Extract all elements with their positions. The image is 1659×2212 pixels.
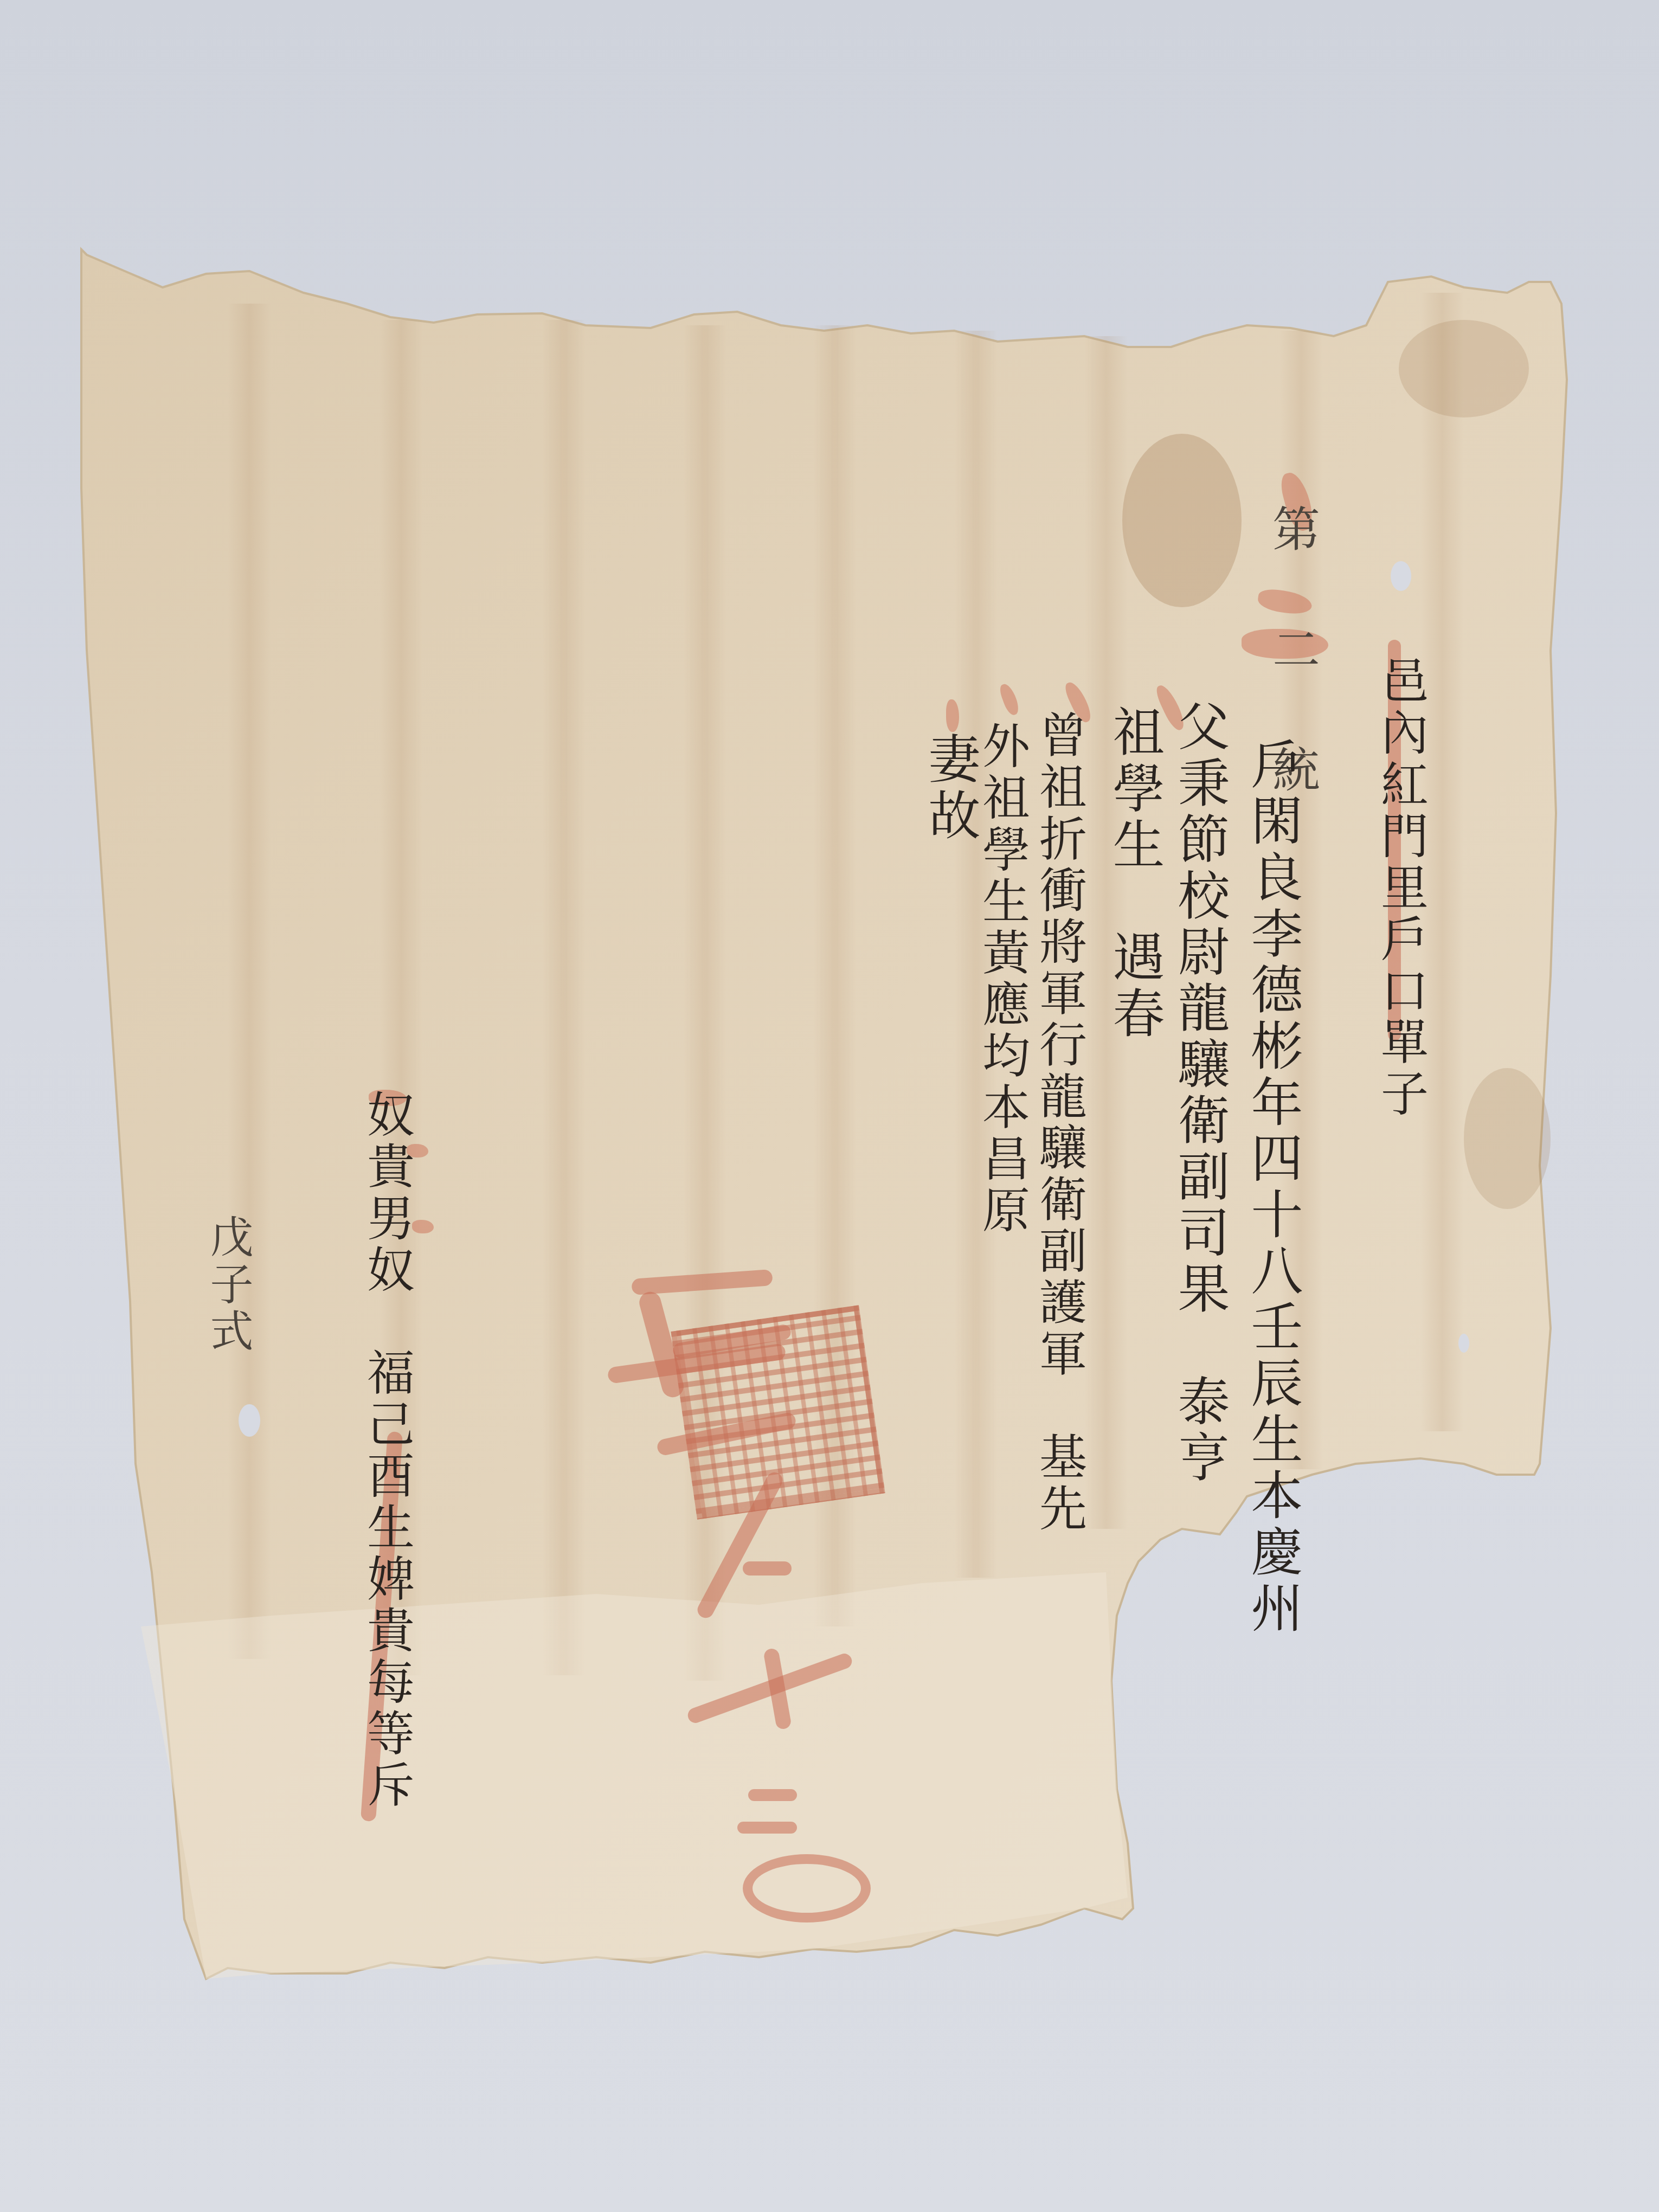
paper-hole	[1458, 1334, 1469, 1353]
doc-head-column: 戶閑良李德彬年四十八壬辰生本慶州	[1247, 737, 1299, 1637]
doc-father-column: 父秉節校尉龍驤衛副司果 泰亨	[1174, 699, 1226, 1487]
doc-slaves-column: 奴貴男奴𡊬福己酉生婢貴每等斥	[363, 1090, 411, 1811]
doc-grandfather-column: 祖學生 遇春	[1109, 705, 1161, 1042]
signature-stroke	[748, 1789, 797, 1801]
signature-stroke	[743, 1854, 871, 1922]
doc-header-column: 邑內紅門里戶口單子	[1377, 656, 1425, 1120]
paper-hole	[1391, 561, 1411, 591]
doc-maternal-grandfather-column: 外祖學生黃應均本昌原	[979, 721, 1026, 1236]
doc-great-grandfather-column: 曾祖折衝將軍行龍驤衛副護軍 基先	[1036, 710, 1083, 1535]
doc-wife-column: 妻故	[924, 732, 976, 844]
signature-stroke	[743, 1561, 792, 1576]
photo-stage: 邑內紅門里戶口單子 第 二 統 戶閑良李德彬年四十八壬辰生本慶州 父秉節校尉龍驤…	[0, 0, 1659, 2212]
doc-year-column: 戊子式	[206, 1214, 249, 1355]
signature-stroke	[737, 1822, 797, 1834]
paper-hole	[239, 1404, 260, 1437]
red-check-mark	[412, 1220, 434, 1233]
